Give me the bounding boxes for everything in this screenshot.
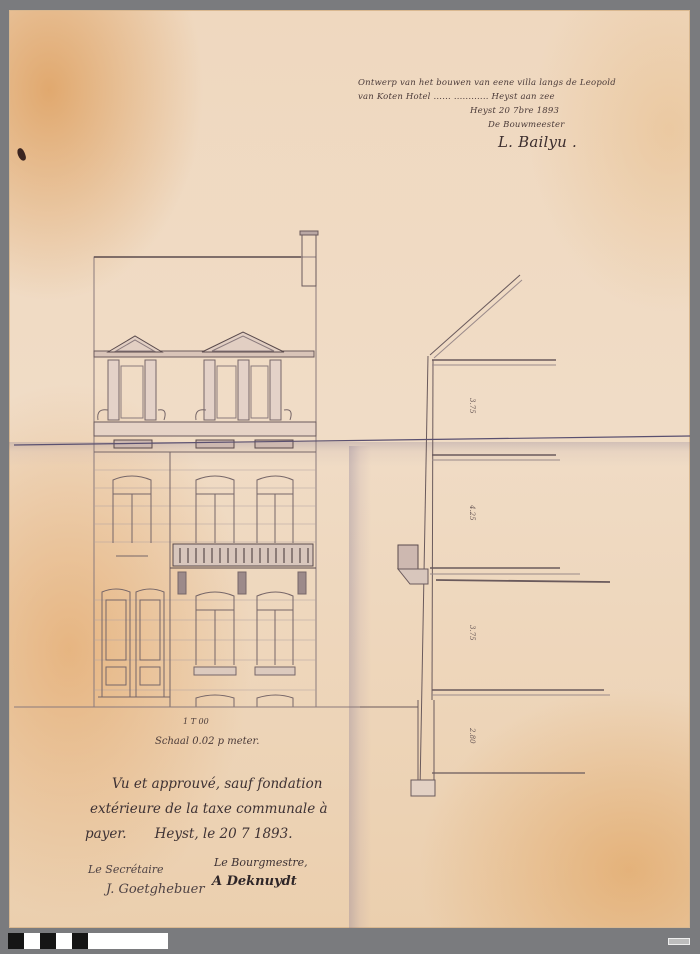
approval-note: Vu et approuvé, sauf fondation extérieur… [112,772,328,847]
section-dimension: 3.75 [468,398,476,414]
approval-line-3: payer. [85,826,127,842]
title-date: Heyst 20 7bre 1893 [358,104,616,118]
calibration-color-bar [8,933,168,949]
entrance-doors [98,589,170,697]
approval-date: Heyst, le 20 7 1893. [155,826,293,842]
mayor-signature: A Deknuydt [212,874,297,889]
title-line-1: Ontwerp van het bouwen van eene villa la… [358,76,616,90]
swatch-black [8,933,24,949]
scale-note: Schaal 0.02 p meter. [155,736,259,747]
section-dimension: 4.25 [468,505,476,521]
swatch-black [72,933,88,949]
secretary-block: Le Secrétaire J. Goetghebuer [88,860,205,900]
swatch-white [24,933,40,949]
scale-label: 1 T 00 [183,717,209,726]
balcony [116,544,316,594]
dormer-left [98,336,165,420]
architect-signature: L. Bailyu . [358,132,616,152]
mayor-title: Le Bourgmestre, [214,856,308,869]
facade-elevation [14,231,360,707]
scale-ruler-icon [668,938,690,945]
approval-line-1: Vu et approuvé, sauf fondation [112,772,328,797]
secretary-title: Le Secrétaire [88,860,205,880]
architect-title: De Bouwmeester [358,118,616,132]
swatch-black [40,933,56,949]
title-block: Ontwerp van het bouwen van eene villa la… [358,76,616,152]
swatch-white-wide [88,933,168,949]
dormer-right [196,332,291,420]
title-line-2: van Koten Hotel ...... ............ Heys… [358,90,616,104]
chimney [300,231,318,286]
approval-line-2: extérieure de la taxe communale à [90,797,328,822]
upper-windows [113,476,293,543]
section-dimension: 3.75 [468,625,476,641]
swatch-white [56,933,72,949]
cross-section [360,275,610,796]
section-dimension: 2.80 [468,728,476,744]
secretary-signature: J. Goetghebuer [88,880,205,900]
